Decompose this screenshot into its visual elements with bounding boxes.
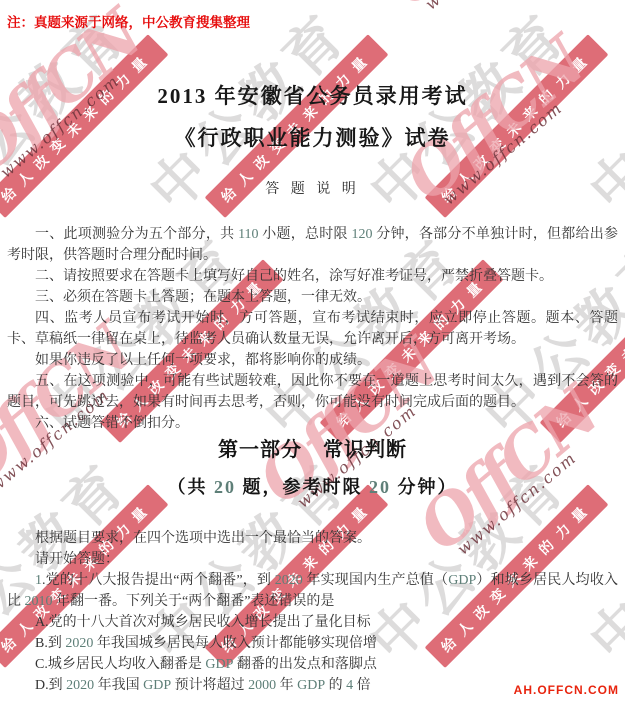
section-time-limit: （共 20 题，参考时限 20 分钟） — [7, 475, 618, 499]
instruction-item: 三、必须在答题卡上答题；在题本上答题，一律无效。 — [7, 287, 618, 308]
question-stem: 1.党的十八大报告提出“两个翻番”，到 2020 年实现国内生产总值（GDP）和… — [7, 570, 618, 612]
instruction-item: 六、试题答错不倒扣分。 — [7, 413, 618, 434]
question-area: 根据题目要求，在四个选项中选出一个最恰当的答案。 请开始答题： 1.党的十八大报… — [7, 528, 618, 696]
answer-guide: 根据题目要求，在四个选项中选出一个最恰当的答案。 — [7, 528, 618, 549]
instruction-item: 一、此项测验分为五个部分，共 110 小题，总时限 120 分钟，各部分不单独计… — [7, 224, 618, 266]
exam-page: 注：真题来源于网络，中公教育搜集整理 2013 年安徽省公务员录用考试 《行政职… — [0, 0, 625, 696]
answer-notes-heading: 答 题 说 明 — [7, 180, 618, 200]
question-option-b: B.到 2020 年我国城乡居民每人收入预计都能够实现倍增 — [7, 633, 618, 654]
instruction-item: 二、请按照要求在答题卡上填写好自己的姓名，涂写好准考证号，严禁折叠答题卡。 — [7, 266, 618, 287]
site-url-badge: AH.OFFCN.COM — [511, 682, 622, 698]
section-title: 第一部分 常识判断 — [7, 437, 618, 463]
instruction-item: 四、监考人员宣布考试开始时，方可答题，宣布考试结束时，应立即停止答题。题本、答题… — [7, 308, 618, 350]
start-prompt: 请开始答题： — [7, 549, 618, 570]
question-option-c: C.城乡居民人均收入翻番是 GDP 翻番的出发点和落脚点 — [7, 654, 618, 675]
question-option-a: A.党的十八大首次对城乡居民收入增长提出了量化目标 — [7, 612, 618, 633]
source-note: 注：真题来源于网络，中公教育搜集整理 — [7, 0, 618, 32]
instruction-item: 如果你违反了以上任何一项要求，都将影响你的成绩。 — [7, 350, 618, 371]
exam-title: 2013 年安徽省公务员录用考试 — [7, 84, 618, 108]
exam-subtitle: 《行政职业能力测验》试卷 — [7, 126, 618, 150]
instructions-block: 一、此项测验分为五个部分，共 110 小题，总时限 120 分钟，各部分不单独计… — [7, 224, 618, 434]
instruction-item: 五、在这项测验中，可能有些试题较难，因此你不要在一道题上思考时间太久，遇到不会答… — [7, 371, 618, 413]
